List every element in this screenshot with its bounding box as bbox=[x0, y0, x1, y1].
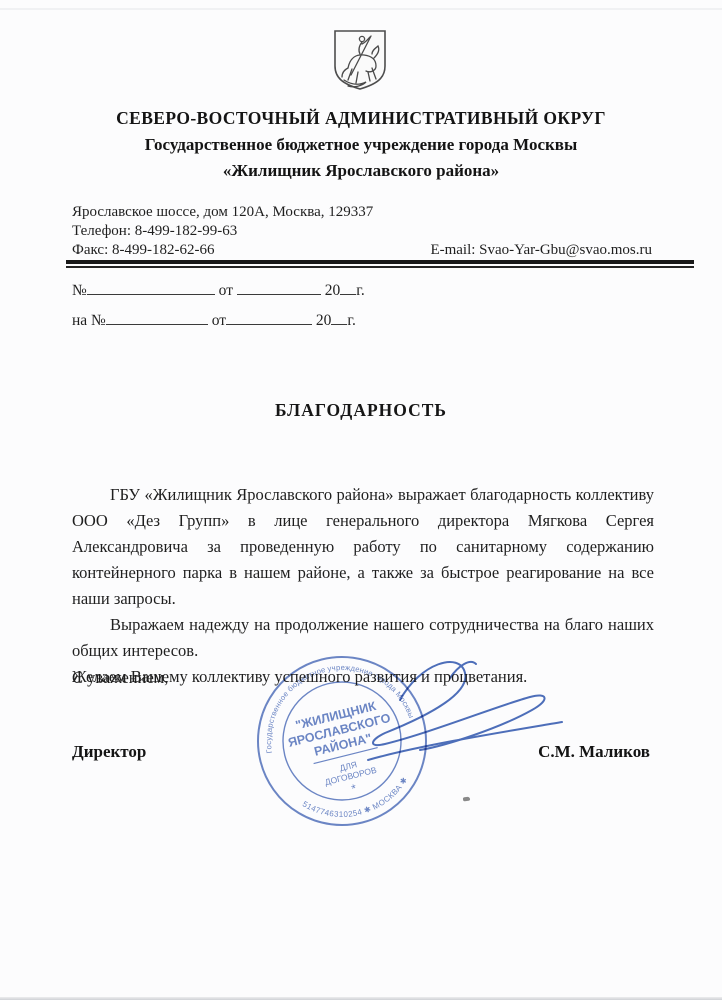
date-blank bbox=[226, 311, 312, 325]
year-blank bbox=[340, 281, 356, 295]
letterhead-divider bbox=[66, 260, 694, 268]
document-title: БЛАГОДАРНОСТЬ bbox=[0, 400, 722, 421]
reply-number-label: на № bbox=[72, 312, 106, 329]
handwritten-signature bbox=[300, 648, 610, 798]
contact-block: Ярославское шоссе, дом 120А, Москва, 129… bbox=[72, 203, 652, 260]
district-title: СЕВЕРО-ВОСТОЧНЫЙ АДМИНИСТРАТИВНЫЙ ОКРУГ bbox=[0, 108, 722, 129]
year-prefix: 20 bbox=[316, 312, 332, 329]
year-suffix: г. bbox=[347, 312, 355, 329]
date-blank bbox=[237, 281, 321, 295]
incoming-number-line: на № от 20г. bbox=[72, 311, 365, 341]
number-blank bbox=[106, 311, 208, 325]
year-suffix: г. bbox=[356, 282, 364, 299]
phone-line: Телефон: 8-499-182-99-63 bbox=[72, 222, 652, 241]
outgoing-number-line: № от 20г. bbox=[72, 281, 365, 311]
ink-speck bbox=[463, 797, 470, 802]
address-line: Ярославское шоссе, дом 120А, Москва, 129… bbox=[72, 203, 652, 222]
letterhead: СЕВЕРО-ВОСТОЧНЫЙ АДМИНИСТРАТИВНЫЙ ОКРУГ … bbox=[0, 108, 722, 181]
fax-line: Факс: 8-499-182-62-66 bbox=[72, 241, 214, 260]
paragraph-gratitude: ГБУ «Жилищник Ярославского района» выраж… bbox=[72, 482, 654, 612]
number-blank bbox=[87, 281, 215, 295]
year-blank bbox=[331, 311, 347, 325]
number-label: № bbox=[72, 282, 87, 299]
org-name: «Жилищник Ярославского района» bbox=[0, 161, 722, 181]
email-line: E-mail: Svao-Yar-Gbu@svao.mos.ru bbox=[430, 241, 652, 260]
org-type: Государственное бюджетное учреждение гор… bbox=[0, 135, 722, 155]
year-prefix: 20 bbox=[325, 282, 341, 299]
scan-streak bbox=[0, 8, 722, 10]
moscow-coat-of-arms-icon bbox=[332, 28, 388, 92]
closing-salutation: С уважением, bbox=[72, 668, 168, 688]
from-label: от bbox=[212, 312, 226, 329]
signer-position: Директор bbox=[72, 742, 146, 762]
reference-block: № от 20г. на № от 20г. bbox=[72, 281, 365, 341]
scanned-letter-page: СЕВЕРО-ВОСТОЧНЫЙ АДМИНИСТРАТИВНЫЙ ОКРУГ … bbox=[0, 0, 722, 1000]
from-label: от bbox=[219, 282, 233, 299]
